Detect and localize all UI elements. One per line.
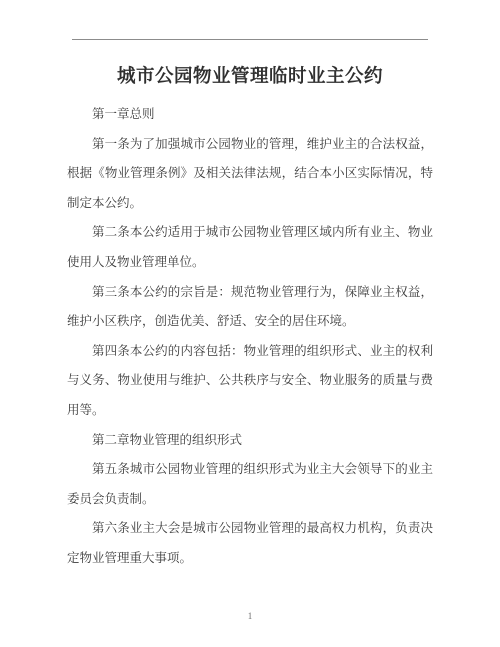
clause-paragraph: 第三条本公约的宗旨是：规范物业管理行为，保障业主权益，维护小区秩序，创造优美、舒… bbox=[67, 277, 433, 336]
clause-paragraph: 第六条业主大会是城市公园物业管理的最高权力机构，负责决定物业管理重大事项。 bbox=[67, 513, 433, 572]
document-body: 第一章总则第一条为了加强城市公园物业的管理，维护业主的合法权益，根据《物业管理条… bbox=[67, 99, 433, 573]
clause-paragraph: 第五条城市公园物业管理的组织形式为业主大会领导下的业主委员会负责制。 bbox=[67, 454, 433, 513]
document-page: 城市公园物业管理临时业主公约 第一章总则第一条为了加强城市公园物业的管理，维护业… bbox=[0, 0, 500, 647]
chapter-heading: 第一章总则 bbox=[67, 99, 433, 129]
clause-paragraph: 第四条本公约的内容包括：物业管理的组织形式、业主的权利与义务、物业使用与维护、公… bbox=[67, 336, 433, 425]
document-title: 城市公园物业管理临时业主公约 bbox=[0, 64, 500, 89]
clause-paragraph: 第一条为了加强城市公园物业的管理，维护业主的合法权益，根据《物业管理条例》及相关… bbox=[67, 129, 433, 218]
chapter-heading: 第二章物业管理的组织形式 bbox=[67, 425, 433, 455]
clause-paragraph: 第二条本公约适用于城市公园物业管理区域内所有业主、物业使用人及物业管理单位。 bbox=[67, 217, 433, 276]
page-number: 1 bbox=[0, 611, 500, 621]
header-rule bbox=[72, 39, 428, 40]
